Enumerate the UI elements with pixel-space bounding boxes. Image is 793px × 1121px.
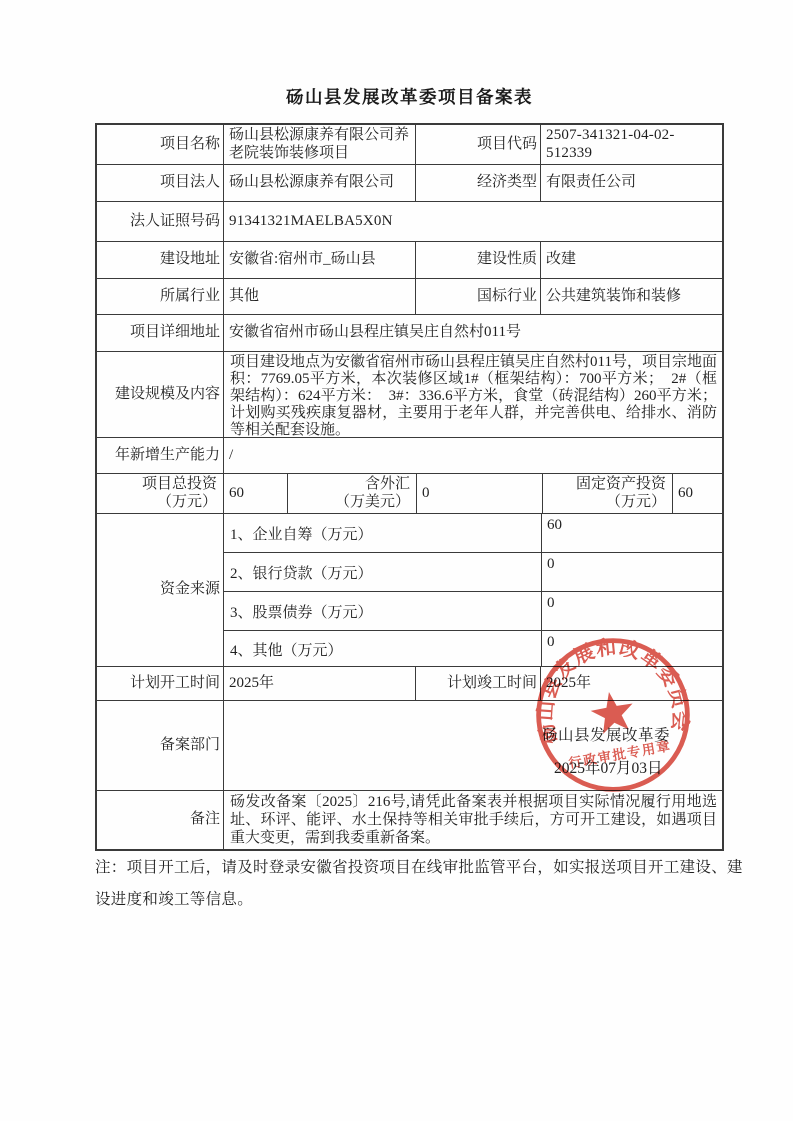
funding-item-value: 0	[542, 592, 722, 630]
economic-type-value: 有限责任公司	[541, 165, 722, 201]
row-remark: 备注 砀发改备案〔2025〕216号,请凭此备案表并根据项目实际情况履行用地选址…	[97, 791, 722, 849]
total-investment-label-line1: 项目总投资	[142, 476, 217, 493]
scanned-document-page: 砀山县发展改革委项目备案表 项目名称 砀山县松源康养有限公司养老院装饰装修项目 …	[0, 0, 793, 1121]
fixed-asset-label-line1: 固定资产投资	[576, 476, 666, 493]
funding-item-name: 1、企业自筹（万元）	[224, 514, 542, 552]
legal-person-label: 项目法人	[97, 165, 224, 201]
row-project-name: 项目名称 砀山县松源康养有限公司养老院装饰装修项目 项目代码 2507-3413…	[97, 125, 722, 165]
forex-label: 含外汇 （万美元）	[288, 474, 417, 513]
row-industry: 所属行业 其他 国标行业 公共建筑装饰和装修	[97, 279, 722, 315]
filing-form-table: 项目名称 砀山县松源康养有限公司养老院装饰装修项目 项目代码 2507-3413…	[95, 123, 724, 851]
fixed-asset-value: 60	[673, 474, 722, 513]
funding-row-bank-loan: 2、银行贷款（万元） 0	[224, 553, 722, 592]
start-time-value: 2025年	[224, 667, 416, 700]
legal-person-value: 砀山县松源康养有限公司	[224, 165, 416, 201]
project-code-value: 2507-341321-04-02-512339	[541, 125, 722, 164]
forex-label-line2: （万美元）	[335, 494, 410, 511]
funding-item-name: 3、股票债券（万元）	[224, 592, 542, 630]
detail-address-label: 项目详细地址	[97, 315, 224, 351]
license-no-label: 法人证照号码	[97, 202, 224, 241]
license-no-value: 91341321MAELBA5X0N	[224, 202, 722, 241]
row-scale: 建设规模及内容 项目建设地点为安徽省宿州市砀山县程庄镇吴庄自然村011号，项目宗…	[97, 352, 722, 438]
document-title: 砀山县发展改革委项目备案表	[95, 84, 724, 109]
row-funding: 资金来源 1、企业自筹（万元） 60 2、银行贷款（万元） 0 3、股票债券（万…	[97, 514, 722, 667]
project-code-label: 项目代码	[416, 125, 541, 164]
remark-value: 砀发改备案〔2025〕216号,请凭此备案表并根据项目实际情况履行用地选址、环评…	[224, 791, 722, 849]
row-filing-dept: 备案部门 砀山县发展改革委 2025年07月03日	[97, 701, 722, 791]
scale-value-cell: 项目建设地点为安徽省宿州市砀山县程庄镇吴庄自然村011号，项目宗地面积：7769…	[224, 352, 722, 437]
funding-item-value: 60	[542, 514, 722, 552]
capacity-label: 年新增生产能力	[97, 438, 224, 473]
filing-date: 2025年07月03日	[554, 760, 663, 778]
build-address-value: 安徽省:宿州市_砀山县	[224, 242, 416, 278]
industry-value: 其他	[224, 279, 416, 314]
funding-item-name: 2、银行贷款（万元）	[224, 553, 542, 591]
build-address-label: 建设地址	[97, 242, 224, 278]
funding-row-other: 4、其他（万元） 0	[224, 631, 722, 667]
scale-value: 项目建设地点为安徽省宿州市砀山县程庄镇吴庄自然村011号，项目宗地面积：7769…	[224, 352, 722, 437]
remark-label: 备注	[97, 791, 224, 849]
funding-item-value: 0	[542, 553, 722, 591]
capacity-value: /	[224, 438, 722, 473]
gb-industry-value: 公共建筑装饰和装修	[541, 279, 722, 314]
economic-type-label: 经济类型	[416, 165, 541, 201]
row-legal-person: 项目法人 砀山县松源康养有限公司 经济类型 有限责任公司	[97, 165, 722, 202]
build-nature-value: 改建	[541, 242, 722, 278]
funding-row-stock-bond: 3、股票债券（万元） 0	[224, 592, 722, 631]
fixed-asset-label-line2: （万元）	[576, 494, 666, 511]
funding-row-self-raised: 1、企业自筹（万元） 60	[224, 514, 722, 553]
funding-items: 1、企业自筹（万元） 60 2、银行贷款（万元） 0 3、股票债券（万元） 0 …	[224, 514, 722, 666]
row-detail-address: 项目详细地址 安徽省宿州市砀山县程庄镇吴庄自然村011号	[97, 315, 722, 352]
row-license-no: 法人证照号码 91341321MAELBA5X0N	[97, 202, 722, 242]
build-nature-label: 建设性质	[416, 242, 541, 278]
total-investment-label: 项目总投资 （万元）	[97, 474, 224, 513]
remark-cell: 砀发改备案〔2025〕216号,请凭此备案表并根据项目实际情况履行用地选址、环评…	[224, 791, 722, 849]
industry-label: 所属行业	[97, 279, 224, 314]
footnote: 注：项目开工后，请及时登录安徽省投资项目在线审批监管平台，如实报送项目开工建设、…	[95, 852, 747, 916]
forex-label-line1: 含外汇	[335, 476, 410, 493]
row-build-address: 建设地址 安徽省:宿州市_砀山县 建设性质 改建	[97, 242, 722, 279]
funding-label: 资金来源	[97, 514, 224, 666]
scale-label: 建设规模及内容	[97, 352, 224, 437]
project-name-value: 砀山县松源康养有限公司养老院装饰装修项目	[224, 125, 416, 164]
detail-address-value: 安徽省宿州市砀山县程庄镇吴庄自然村011号	[224, 315, 722, 351]
filing-dept-name: 砀山县发展改革委	[542, 727, 670, 745]
filing-dept-cell: 砀山县发展改革委 2025年07月03日	[224, 701, 722, 790]
row-schedule: 计划开工时间 2025年 计划竣工时间 2025年	[97, 667, 722, 701]
finish-time-value: 2025年	[541, 667, 722, 700]
finish-time-label: 计划竣工时间	[416, 667, 541, 700]
funding-item-name: 4、其他（万元）	[224, 631, 542, 667]
start-time-label: 计划开工时间	[97, 667, 224, 700]
gb-industry-label: 国标行业	[416, 279, 541, 314]
total-investment-label-line2: （万元）	[142, 494, 217, 511]
row-investment: 项目总投资 （万元） 60 含外汇 （万美元） 0 固定资产投资 （万元） 60	[97, 474, 722, 514]
fixed-asset-label: 固定资产投资 （万元）	[543, 474, 673, 513]
row-capacity: 年新增生产能力 /	[97, 438, 722, 474]
project-name-label: 项目名称	[97, 125, 224, 164]
filing-dept-label: 备案部门	[97, 701, 224, 790]
funding-item-value: 0	[542, 631, 722, 667]
forex-value: 0	[417, 474, 543, 513]
total-investment-value: 60	[224, 474, 288, 513]
